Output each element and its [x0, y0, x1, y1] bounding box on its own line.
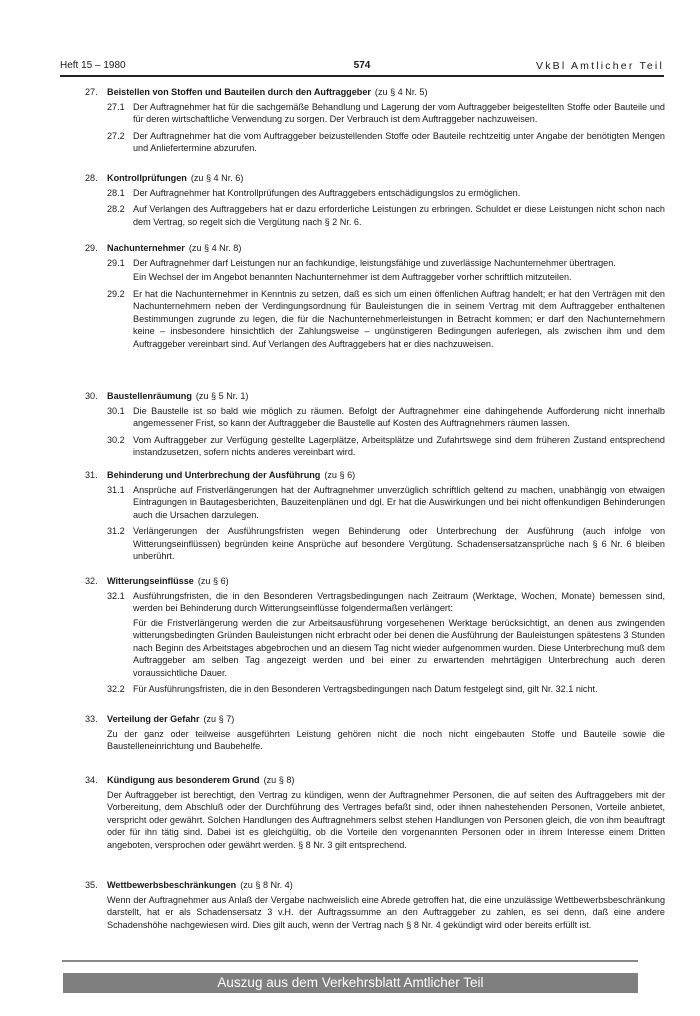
- subsection: 28.1Der Auftragnehmer hat Kontrollprüfun…: [107, 187, 665, 202]
- section-reference: (zu § 8 Nr. 4): [240, 879, 293, 892]
- subsection: 31.1Ansprüche auf Fristverlängerungen ha…: [107, 484, 665, 524]
- subsection: 31.2Verlängerungen der Ausführungsfriste…: [107, 525, 665, 565]
- section-35: 35.Wettbewerbsbeschränkungen(zu § 8 Nr. …: [85, 879, 665, 931]
- section-28: 28.Kontrollprüfungen(zu § 4 Nr. 6) 28.1D…: [85, 172, 665, 230]
- subsection-number: 31.1: [107, 484, 133, 524]
- subsection-number: 28.2: [107, 203, 133, 230]
- paragraph: Für Ausführungsfristen, die in den Beson…: [133, 683, 665, 696]
- paragraph: Der Auftragnehmer hat für die sachgemäße…: [133, 101, 665, 126]
- section-reference: (zu § 4 Nr. 5): [375, 86, 428, 99]
- paragraph: Der Auftragnehmer hat Kontrollprüfungen …: [133, 187, 665, 200]
- section-reference: (zu § 5 Nr. 1): [196, 390, 249, 403]
- paragraph: Wenn der Auftragnehmer aus Anlaß der Ver…: [107, 894, 665, 932]
- section-31: 31.Behinderung und Unterbrechung der Aus…: [85, 469, 665, 565]
- section-reference: (zu § 4 Nr. 6): [191, 172, 244, 185]
- section-title: Witterungseinflüsse: [107, 575, 194, 588]
- section-34: 34.Kündigung aus besonderem Grund(zu § 8…: [85, 774, 665, 851]
- paragraph: Auf Verlangen des Auftraggebers hat er d…: [133, 203, 665, 228]
- section-title: Nachunternehmer: [107, 242, 185, 255]
- paragraph: Die Baustelle ist so bald wie möglich zu…: [133, 405, 665, 430]
- subsection: 30.1Die Baustelle ist so bald wie möglic…: [107, 405, 665, 432]
- paragraph: Vom Auftraggeber zur Verfügung gestellte…: [133, 434, 665, 459]
- subsection-number: 29.1: [107, 257, 133, 286]
- section-32: 32.Witterungseinflüsse(zu § 6) 32.1Ausfü…: [85, 575, 665, 698]
- section-reference: (zu § 6): [198, 575, 229, 588]
- section-27: 27.Beistellen von Stoffen und Bauteilen …: [85, 86, 665, 157]
- subsection-number: 28.1: [107, 187, 133, 202]
- paragraph: Ein Wechsel der im Angebot benannten Nac…: [133, 271, 665, 284]
- subsection-number: 32.2: [107, 683, 133, 698]
- paragraph: Der Auftragnehmer darf Leistungen nur an…: [133, 257, 665, 270]
- section-title: Beistellen von Stoffen und Bauteilen dur…: [107, 86, 371, 99]
- subsection: 27.2Der Auftragnehmer hat die vom Auftra…: [107, 130, 665, 157]
- section-33: 33.Verteilung der Gefahr(zu § 7) Zu der …: [85, 713, 665, 753]
- paragraph: Ansprüche auf Fristverlängerungen hat de…: [133, 484, 665, 522]
- section-title: Kontrollprüfungen: [107, 172, 187, 185]
- publication-title: VkBl Amtlicher Teil: [536, 59, 664, 73]
- page-header: Heft 15 – 1980 574 VkBl Amtlicher Teil: [60, 59, 664, 73]
- paragraph: Ausführungsfristen, die in den Besondere…: [133, 590, 665, 615]
- section-number: 32.: [85, 575, 107, 588]
- subsection: 28.2Auf Verlangen des Auftraggebers hat …: [107, 203, 665, 230]
- footer-banner: Auszug aus dem Verkehrsblatt Amtlicher T…: [63, 973, 638, 993]
- subsection-number: 29.2: [107, 288, 133, 353]
- paragraph: Für die Fristverlängerung werden die zur…: [133, 617, 665, 680]
- subsection-number: 27.1: [107, 101, 133, 128]
- subsection: 29.2Er hat die Nachunternehmer in Kenntn…: [107, 288, 665, 353]
- subsection: 30.2Vom Auftraggeber zur Verfügung geste…: [107, 434, 665, 461]
- section-number: 29.: [85, 242, 107, 255]
- section-number: 33.: [85, 713, 107, 726]
- section-number: 27.: [85, 86, 107, 99]
- section-number: 35.: [85, 879, 107, 892]
- section-number: 31.: [85, 469, 107, 482]
- section-reference: (zu § 8): [264, 774, 295, 787]
- section-title: Baustellenräumung: [107, 390, 192, 403]
- subsection-number: 27.2: [107, 130, 133, 157]
- section-number: 30.: [85, 390, 107, 403]
- subsection: 32.1Ausführungsfristen, die in den Beson…: [107, 590, 665, 682]
- section-title: Behinderung und Unterbrechung der Ausfüh…: [107, 469, 320, 482]
- header-rule: [60, 75, 664, 77]
- section-title: Wettbewerbsbeschränkungen: [107, 879, 236, 892]
- subsection-number: 30.2: [107, 434, 133, 461]
- paragraph: Der Auftragnehmer hat die vom Auftraggeb…: [133, 130, 665, 155]
- section-29: 29.Nachunternehmer(zu § 4 Nr. 8) 29.1Der…: [85, 242, 665, 352]
- subsection: 32.2Für Ausführungsfristen, die in den B…: [107, 683, 665, 698]
- section-number: 34.: [85, 774, 107, 787]
- subsection: 27.1Der Auftragnehmer hat für die sachge…: [107, 101, 665, 128]
- section-reference: (zu § 4 Nr. 8): [189, 242, 242, 255]
- footer-rule: [62, 960, 638, 962]
- subsection-number: 31.2: [107, 525, 133, 565]
- section-title: Verteilung der Gefahr: [107, 713, 199, 726]
- paragraph: Zu der ganz oder teilweise ausgeführten …: [107, 728, 665, 753]
- paragraph: Verlängerungen der Ausführungsfristen we…: [133, 525, 665, 563]
- subsection: 29.1Der Auftragnehmer darf Leistungen nu…: [107, 257, 665, 286]
- section-reference: (zu § 7): [203, 713, 234, 726]
- section-reference: (zu § 6): [324, 469, 355, 482]
- section-30: 30.Baustellenräumung(zu § 5 Nr. 1) 30.1D…: [85, 390, 665, 461]
- paragraph: Er hat die Nachunternehmer in Kenntnis z…: [133, 288, 665, 351]
- subsection-number: 32.1: [107, 590, 133, 682]
- section-number: 28.: [85, 172, 107, 185]
- paragraph: Der Auftraggeber ist berechtigt, den Ver…: [107, 789, 665, 852]
- section-title: Kündigung aus besonderem Grund: [107, 774, 260, 787]
- subsection-number: 30.1: [107, 405, 133, 432]
